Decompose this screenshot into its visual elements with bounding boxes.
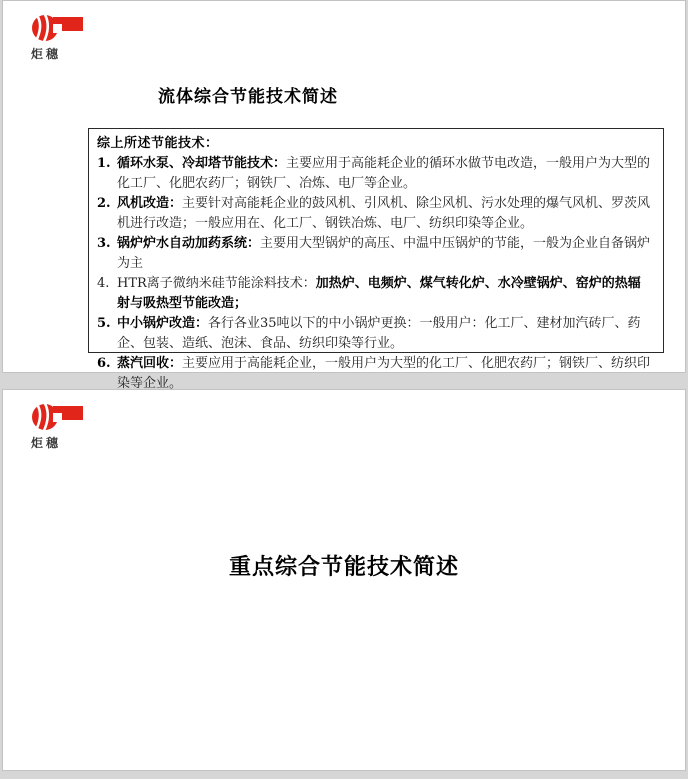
list-item: 1.循环水泵、冷却塔节能技术：主要应用于高能耗企业的循环水做节电改造，一般用户为… (97, 154, 653, 194)
flame-logo-icon (29, 11, 99, 43)
item-label: HTR离子微纳米硅节能涂料技术： (117, 276, 316, 291)
slide2-title: 重点综合节能技术简述 (3, 550, 685, 581)
summary-box-header: 综上所述节能技术： (97, 134, 653, 154)
item-label: 循环水泵、冷却塔节能技术： (117, 156, 286, 171)
item-number: 5. (97, 314, 111, 334)
item-number: 1. (97, 154, 111, 174)
item-label: 风机改造： (117, 196, 182, 211)
slide1-title: 流体综合节能技术简述 (158, 82, 338, 107)
slide-2: 炬穗 重点综合节能技术简述 (2, 389, 686, 771)
item-number: 6. (97, 354, 111, 374)
item-number: 3. (97, 234, 111, 254)
list-item: 3.锅炉炉水自动加药系统：主要用大型锅炉的高压、中温中压锅炉的节能，一般为企业自… (97, 234, 653, 274)
list-item: 6.蒸汽回收：主要应用于高能耗企业，一般用户为大型的化工厂、化肥农药厂；钢铁厂、… (97, 354, 653, 394)
company-logo: 炬穗 (29, 400, 99, 451)
slide-1: 炬穗 流体综合节能技术简述 综上所述节能技术： 1.循环水泵、冷却塔节能技术：主… (2, 0, 686, 373)
logo-text: 炬穗 (31, 434, 99, 451)
list-item: 4.HTR离子微纳米硅节能涂料技术：加热炉、电频炉、煤气转化炉、水冷壁锅炉、窑炉… (97, 274, 653, 314)
company-logo: 炬穗 (29, 11, 99, 62)
list-item: 2.风机改造：主要针对高能耗企业的鼓风机、引风机、除尘风机、污水处理的爆气风机、… (97, 194, 653, 234)
item-label: 蒸汽回收： (117, 356, 182, 371)
item-text: 主要针对高能耗企业的鼓风机、引风机、除尘风机、污水处理的爆气风机、罗茨风机进行改… (117, 196, 650, 231)
item-text: 主要应用于高能耗企业，一般用户为大型的化工厂、化肥农药厂；钢铁厂、纺织印染等企业… (117, 356, 650, 391)
summary-box: 综上所述节能技术： 1.循环水泵、冷却塔节能技术：主要应用于高能耗企业的循环水做… (88, 128, 664, 353)
item-number: 2. (97, 194, 111, 214)
item-label: 中小锅炉改造： (117, 316, 208, 331)
item-label: 锅炉炉水自动加药系统： (117, 236, 260, 251)
flame-logo-icon (29, 400, 99, 432)
list-item: 5.中小锅炉改造：各行各业35吨以下的中小锅炉更换：一般用户：化工厂、建材加汽砖… (97, 314, 653, 354)
item-number: 4. (97, 274, 109, 294)
logo-text: 炬穗 (31, 45, 99, 62)
